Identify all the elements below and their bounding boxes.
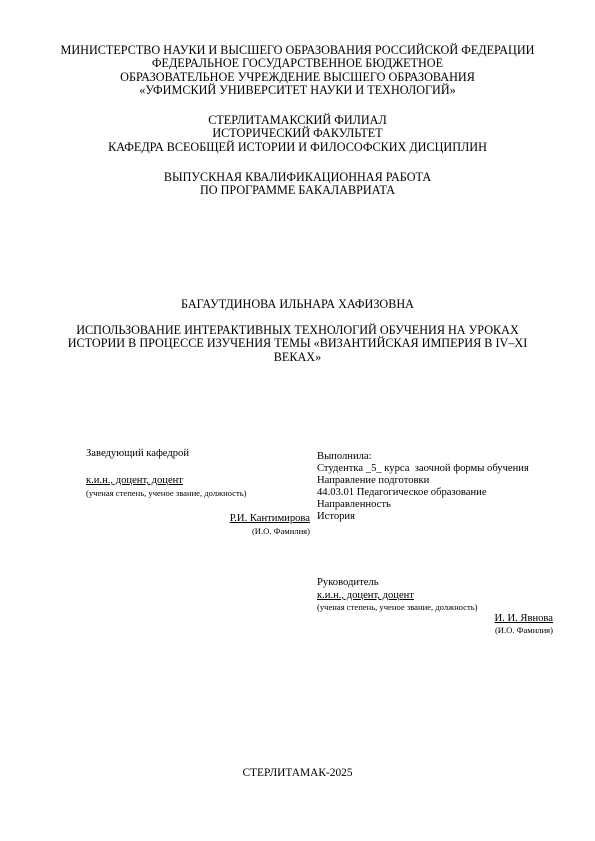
performed-by-block: Выполнила: Студентка _5_ курса заочной ф… [317, 451, 557, 523]
title-line-1: ИСПОЛЬЗОВАНИЕ ИНТЕРАКТИВНЫХ ТЕХНОЛОГИЙ О… [0, 324, 595, 337]
work-type-line-1: ВЫПУСКНАЯ КВАЛИФИКАЦИОННАЯ РАБОТА [0, 171, 595, 184]
faculty-name: ИСТОРИЧЕСКИЙ ФАКУЛЬТЕТ [0, 127, 595, 140]
header-line-2: ФЕДЕРАЛЬНОЕ ГОСУДАРСТВЕННОЕ БЮДЖЕТНОЕ [0, 57, 595, 70]
supervisor-label: Руководитель [317, 577, 553, 589]
head-name-caption: (И.О. Фамилия) [86, 526, 310, 537]
head-name: Р.И. Кантимирова [86, 513, 310, 525]
head-degree-caption: (ученая степень, ученое звание, должност… [86, 488, 310, 499]
title-line-2: ИСТОРИИ В ПРОЦЕССЕ ИЗУЧЕНИЯ ТЕМЫ «ВИЗАНТ… [0, 337, 595, 350]
department-name: КАФЕДРА ВСЕОБЩЕЙ ИСТОРИИ И ФИЛОСОФСКИХ Д… [0, 141, 595, 154]
head-of-department-block: Заведующий кафедрой к.и.н., доцент, доце… [86, 448, 310, 537]
focus-label: Направленность [317, 499, 557, 511]
header-line-1: МИНИСТЕРСТВО НАУКИ И ВЫСШЕГО ОБРАЗОВАНИЯ… [0, 44, 595, 57]
focus-value: История [317, 511, 557, 523]
supervisor-name-caption: (И.О. Фамилия) [317, 625, 553, 636]
ministry-header: МИНИСТЕРСТВО НАУКИ И ВЫСШЕГО ОБРАЗОВАНИЯ… [0, 44, 595, 98]
student-line: Студентка _5_ курса заочной формы обучен… [317, 463, 557, 475]
supervisor-name: И. И. Явнова [317, 613, 553, 625]
head-degree: к.и.н., доцент, доцент [86, 475, 310, 487]
head-label: Заведующий кафедрой [86, 448, 310, 460]
supervisor-block: Руководитель к.и.н., доцент, доцент (уче… [317, 577, 553, 636]
header-line-4: «УФИМСКИЙ УНИВЕРСИТЕТ НАУКИ И ТЕХНОЛОГИЙ… [0, 84, 595, 97]
header-line-3: ОБРАЗОВАТЕЛЬНОЕ УЧРЕЖДЕНИЕ ВЫСШЕГО ОБРАЗ… [0, 71, 595, 84]
performed-label: Выполнила: [317, 451, 557, 463]
branch-block: СТЕРЛИТАМАКСКИЙ ФИЛИАЛ ИСТОРИЧЕСКИЙ ФАКУ… [0, 114, 595, 154]
title-line-3: ВЕКАХ» [0, 351, 595, 364]
thesis-title: ИСПОЛЬЗОВАНИЕ ИНТЕРАКТИВНЫХ ТЕХНОЛОГИЙ О… [0, 324, 595, 364]
city-year: СТЕРЛИТАМАК-2025 [0, 767, 595, 779]
branch-name: СТЕРЛИТАМАКСКИЙ ФИЛИАЛ [0, 114, 595, 127]
work-type-line-2: ПО ПРОГРАММЕ БАКАЛАВРИАТА [0, 184, 595, 197]
direction-value: 44.03.01 Педагогическое образование [317, 487, 557, 499]
direction-label: Направление подготовки [317, 475, 557, 487]
supervisor-degree: к.и.н., доцент, доцент [317, 590, 553, 602]
work-type-block: ВЫПУСКНАЯ КВАЛИФИКАЦИОННАЯ РАБОТА ПО ПРО… [0, 171, 595, 198]
supervisor-degree-caption: (ученая степень, ученое звание, должност… [317, 602, 553, 613]
author-name: БАГАУТДИНОВА ИЛЬНАРА ХАФИЗОВНА [0, 298, 595, 311]
